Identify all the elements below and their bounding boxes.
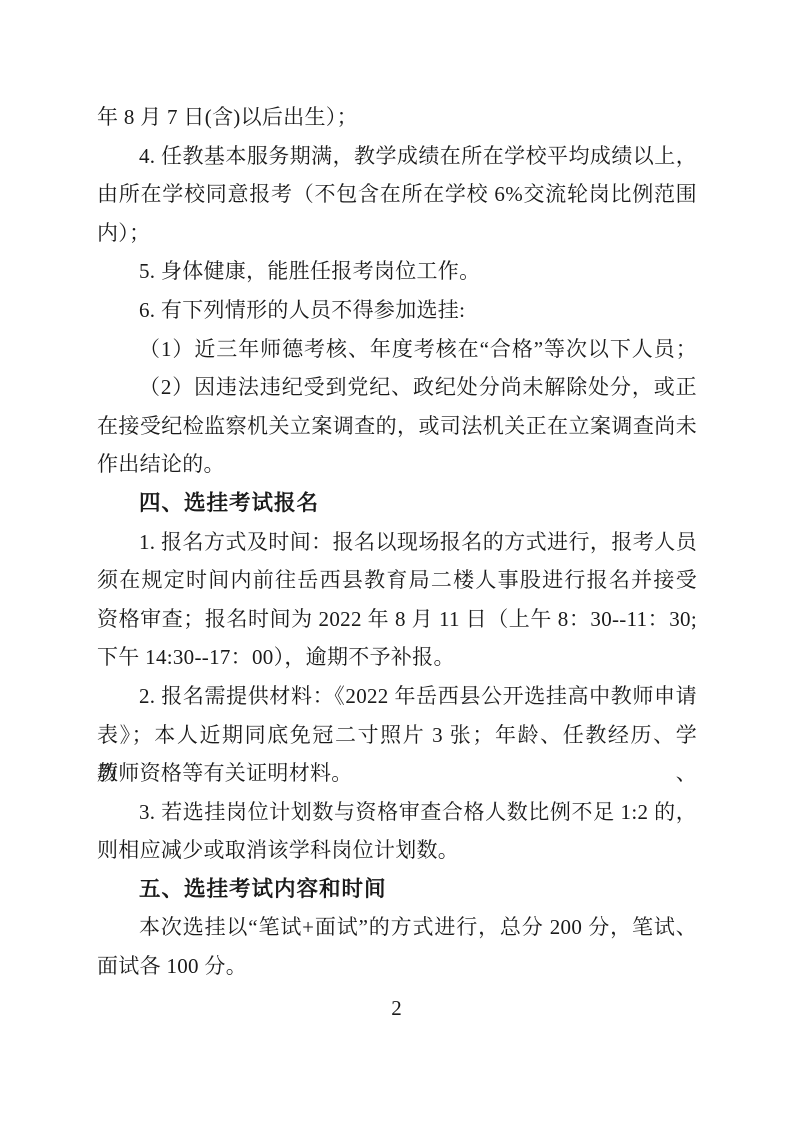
section-heading: 五、选挂考试内容和时间 [97, 870, 697, 909]
text-line: 表》；本人近期同底免冠二寸照片 3 张；年龄、任教经历、学历、 [97, 716, 697, 755]
document-page: 年 8 月 7 日(含)以后出生）；4. 任教基本服务期满，教学成绩在所在学校平… [0, 0, 793, 1122]
text-line: 下午 14:30--17：00），逾期不予补报。 [97, 638, 697, 677]
text-line: 在接受纪检监察机关立案调查的，或司法机关正在立案调查尚未 [97, 407, 697, 446]
text-line: 1. 报名方式及时间：报名以现场报名的方式进行，报考人员 [97, 523, 697, 562]
text-line: 4. 任教基本服务期满，教学成绩在所在学校平均成绩以上， [97, 137, 697, 176]
text-line: 2. 报名需提供材料：《2022 年岳西县公开选挂高中教师申请 [97, 677, 697, 716]
text-line: 作出结论的。 [97, 445, 697, 484]
text-line: 本次选挂以“笔试+面试”的方式进行，总分 200 分，笔试、 [97, 908, 697, 947]
text-line: 则相应减少或取消该学科岗位计划数。 [97, 831, 697, 870]
text-line: 内）； [97, 214, 697, 253]
text-line: 年 8 月 7 日(含)以后出生）； [97, 98, 697, 137]
text-line: 6. 有下列情形的人员不得参加选挂: [97, 291, 697, 330]
section-heading: 四、选挂考试报名 [97, 484, 697, 523]
text-line: （2）因违法违纪受到党纪、政纪处分尚未解除处分，或正 [97, 368, 697, 407]
document-body: 年 8 月 7 日(含)以后出生）；4. 任教基本服务期满，教学成绩在所在学校平… [97, 98, 697, 986]
text-line: 5. 身体健康，能胜任报考岗位工作。 [97, 252, 697, 291]
text-line: 面试各 100 分。 [97, 947, 697, 986]
text-line: （1）近三年师德考核、年度考核在“合格”等次以下人员； [97, 330, 697, 369]
text-line: 须在规定时间内前往岳西县教育局二楼人事股进行报名并接受 [97, 561, 697, 600]
page-number: 2 [0, 995, 793, 1021]
text-line: 资格审查；报名时间为 2022 年 8 月 11 日（上午 8：30--11：3… [97, 600, 697, 639]
text-line: 3. 若选挂岗位计划数与资格审查合格人数比例不足 1:2 的， [97, 793, 697, 832]
text-line: 由所在学校同意报考（不包含在所在学校 6%交流轮岗比例范围 [97, 175, 697, 214]
